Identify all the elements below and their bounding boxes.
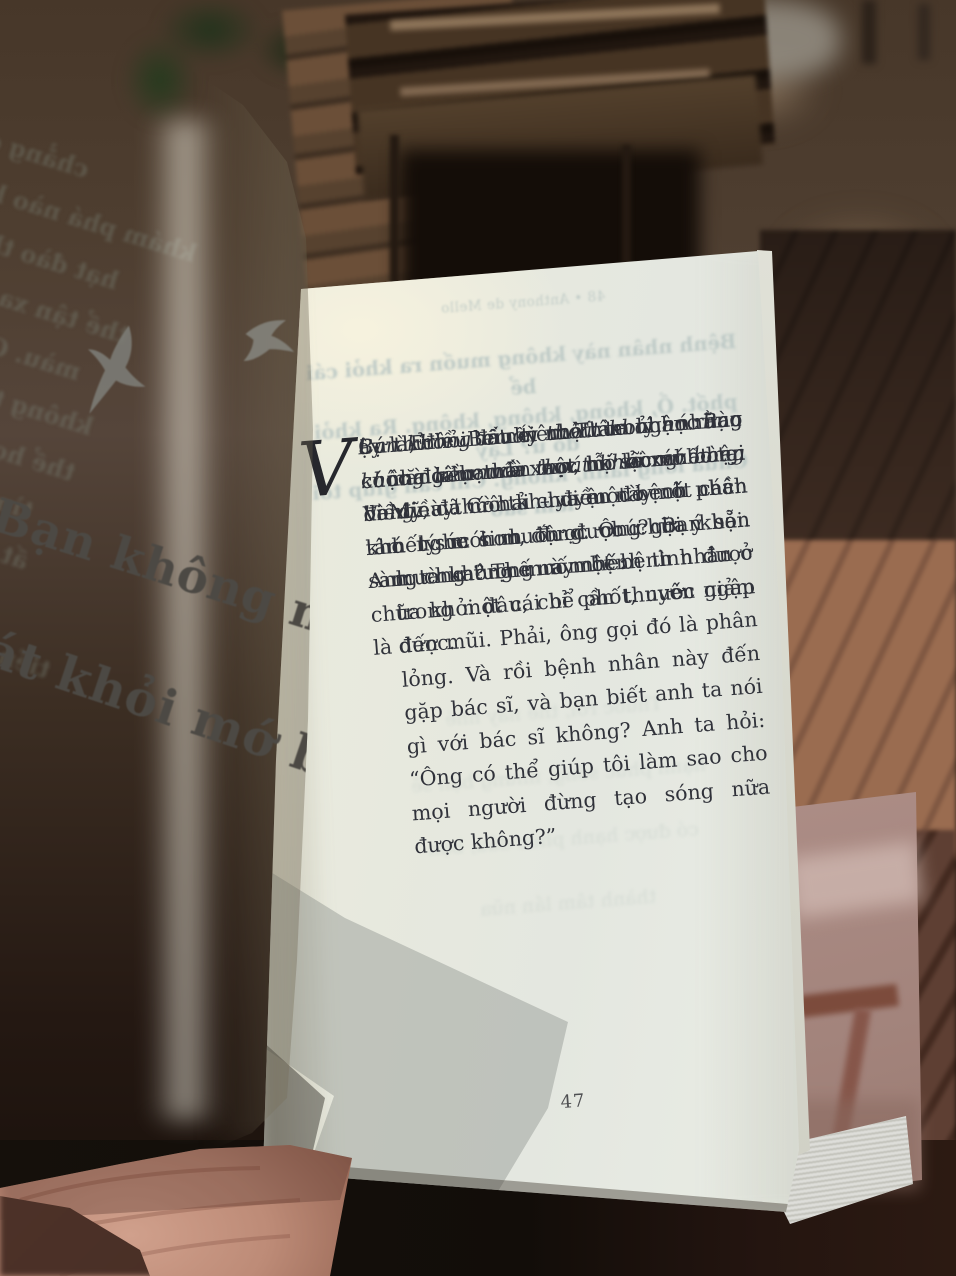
chair-leg [862, 0, 876, 64]
brick-pavement-shadowed [760, 230, 956, 570]
bird-silhouette-icon [241, 314, 298, 368]
bench-leg [390, 135, 399, 295]
chair-leg [918, 4, 930, 60]
photo-open-book-outdoors: 48 • Anthony de Mello Bệnh nhân này khôn… [0, 0, 956, 1276]
body-text: Eric Berne, một trong những nhà tâm thần… [383, 403, 774, 864]
bird-silhouette-icon [81, 319, 161, 424]
bench-leg [622, 145, 631, 265]
ghost-running-header: 48 • Anthony de Mello [413, 286, 634, 318]
